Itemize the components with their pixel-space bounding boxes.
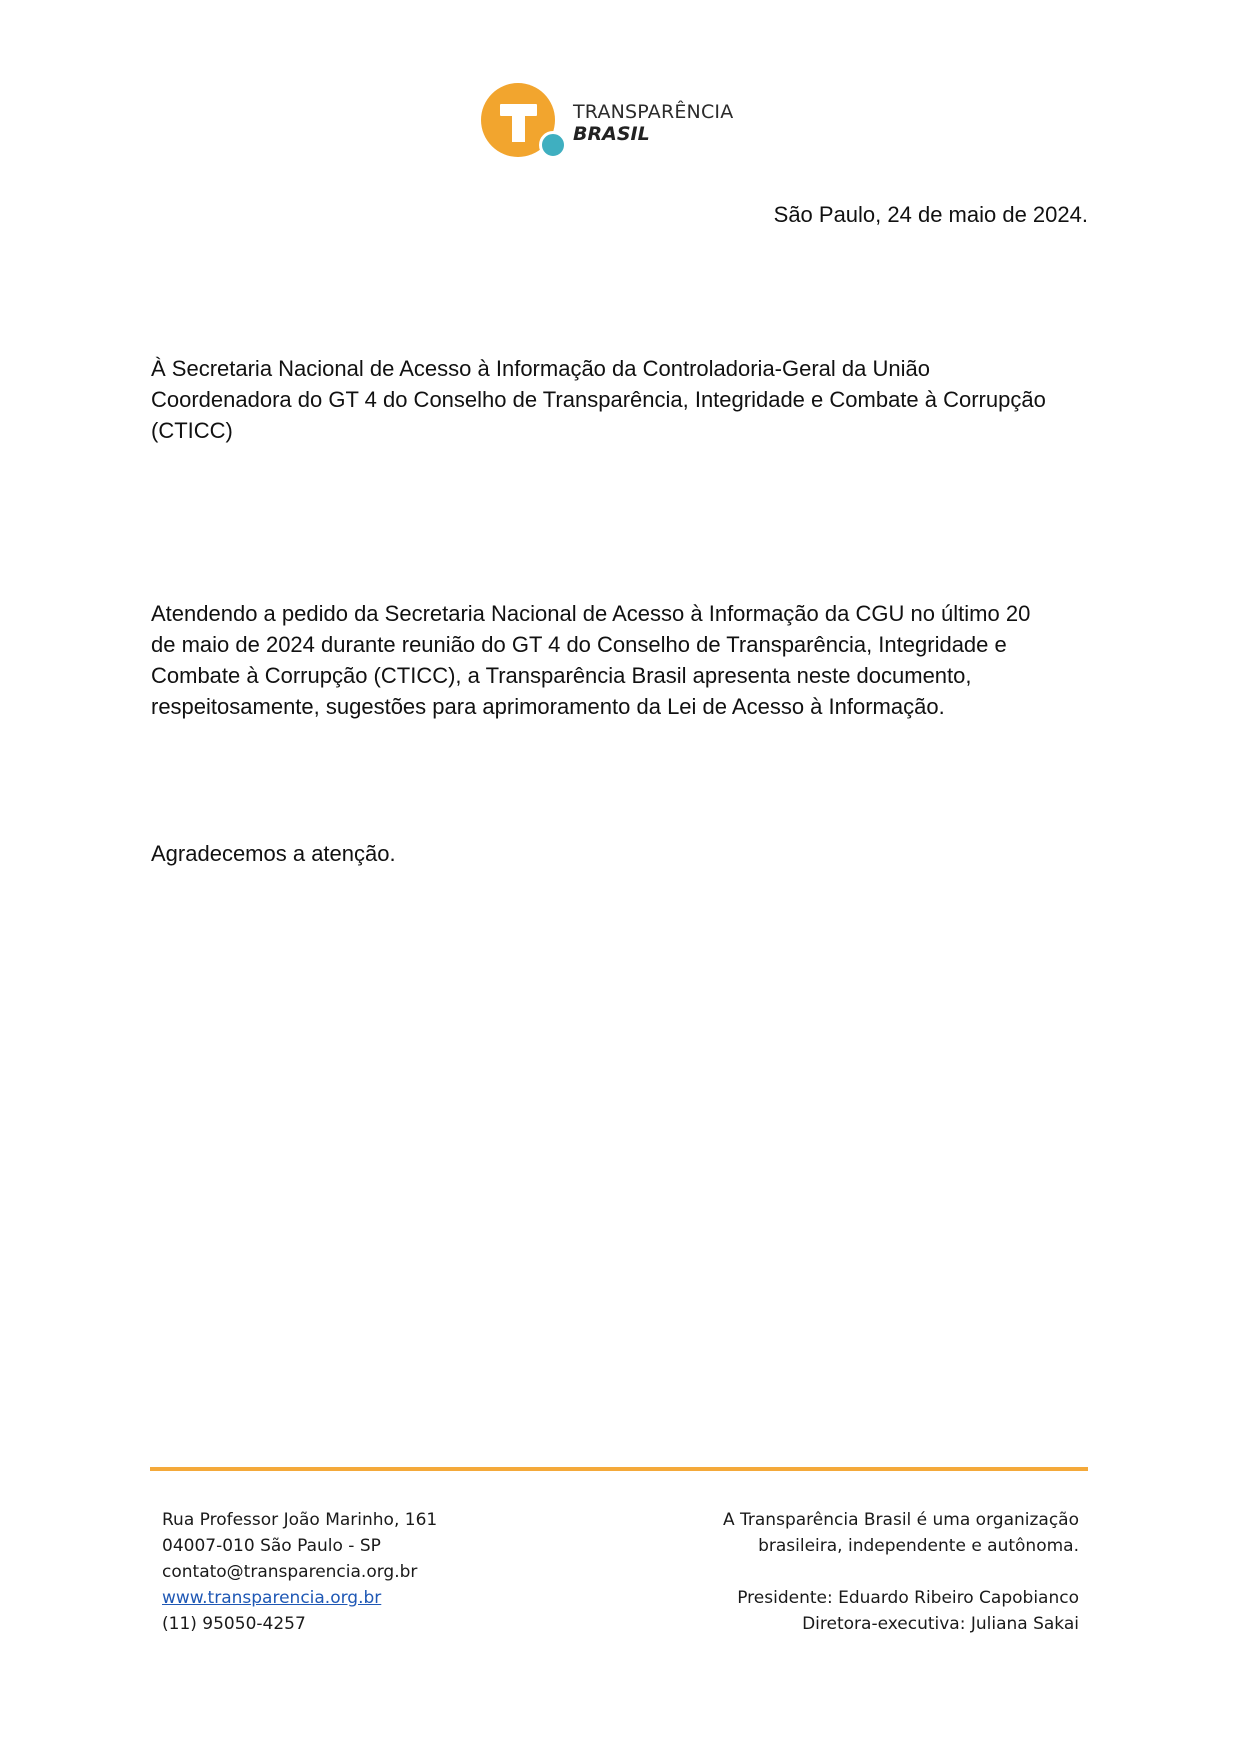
- body-line: respeitosamente, sugestões para aprimora…: [151, 691, 1101, 722]
- recipient-block: À Secretaria Nacional de Acesso à Inform…: [151, 353, 1101, 446]
- footer-about-line: brasileira, independente e autônoma.: [723, 1533, 1079, 1559]
- recipient-line: (CTICC): [151, 415, 1101, 446]
- recipient-line: À Secretaria Nacional de Acesso à Inform…: [151, 353, 1101, 384]
- footer-about-line: A Transparência Brasil é uma organização: [723, 1507, 1079, 1533]
- logo-text-line2: BRASIL: [573, 123, 650, 145]
- logo-dot-icon: [539, 131, 567, 159]
- closing-line: Agradecemos a atenção.: [151, 838, 1101, 869]
- logo-text-line1: TRANSPARÊNCIA: [573, 101, 733, 123]
- footer-director: Diretora-executiva: Juliana Sakai: [723, 1611, 1079, 1637]
- footer-phone: (11) 95050-4257: [162, 1611, 437, 1637]
- footer-email: contato@transparencia.org.br: [162, 1559, 437, 1585]
- footer-divider: [150, 1467, 1088, 1471]
- footer-contact: Rua Professor João Marinho, 161 04007-01…: [162, 1507, 437, 1637]
- footer-website-link[interactable]: www.transparencia.org.br: [162, 1588, 381, 1608]
- footer-about: A Transparência Brasil é uma organização…: [723, 1507, 1079, 1637]
- footer-city: 04007-010 São Paulo - SP: [162, 1533, 437, 1559]
- letter-date: São Paulo, 24 de maio de 2024.: [774, 202, 1088, 228]
- organization-logo: TRANSPARÊNCIA BRASIL: [480, 80, 760, 162]
- footer-president: Presidente: Eduardo Ribeiro Capobianco: [723, 1585, 1079, 1611]
- body-line: de maio de 2024 durante reunião do GT 4 …: [151, 629, 1101, 660]
- body-paragraph: Atendendo a pedido da Secretaria Naciona…: [151, 598, 1101, 722]
- body-line: Combate à Corrupção (CTICC), a Transparê…: [151, 660, 1101, 691]
- footer-address: Rua Professor João Marinho, 161: [162, 1507, 437, 1533]
- closing-text: Agradecemos a atenção.: [151, 838, 1101, 869]
- body-line: Atendendo a pedido da Secretaria Naciona…: [151, 598, 1101, 629]
- recipient-line: Coordenadora do GT 4 do Conselho de Tran…: [151, 384, 1101, 415]
